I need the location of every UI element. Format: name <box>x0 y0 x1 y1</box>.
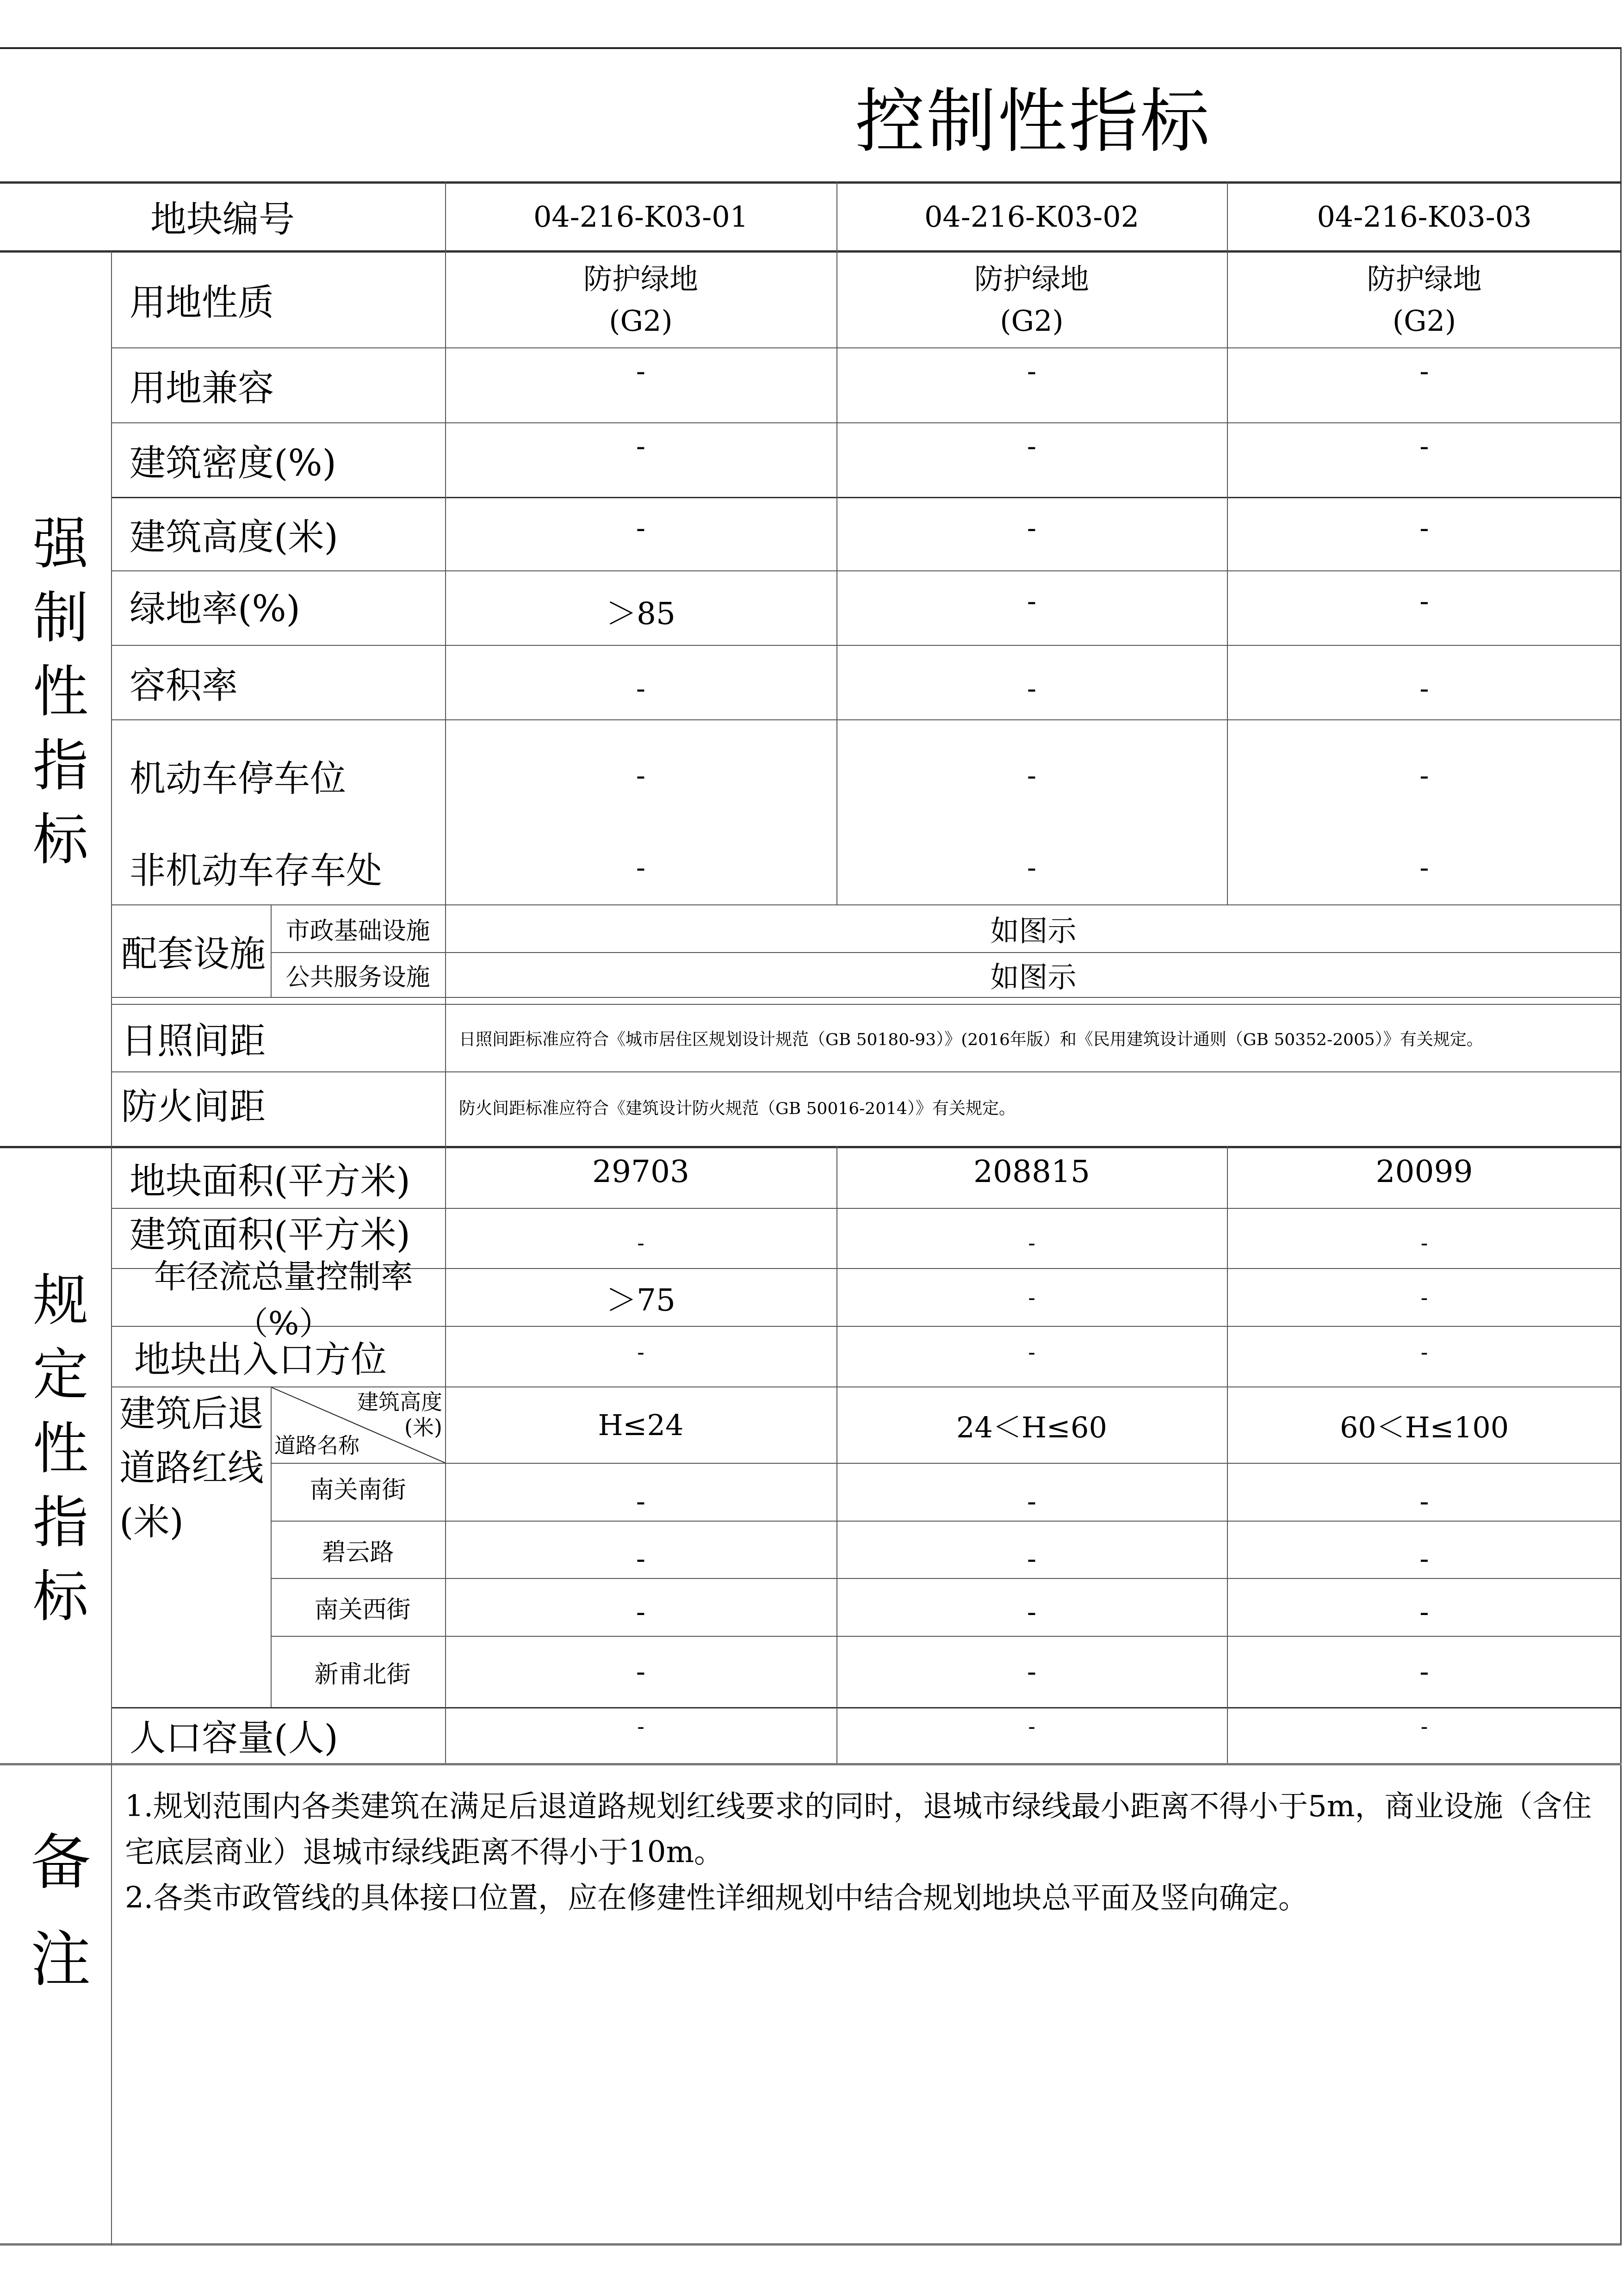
land-use-name: 防护绿地 <box>974 259 1089 300</box>
row-label-building-height: 建筑高度(米) <box>111 498 445 570</box>
building-density-value-3: - <box>1227 423 1622 470</box>
setback-label-line: 道路红线 <box>119 1442 264 1496</box>
land-compat-value-1: - <box>445 348 836 395</box>
land-use-code: (G2) <box>1393 300 1456 342</box>
land-compat-value-2: - <box>836 348 1227 395</box>
access-direction-value-1: - <box>445 1327 836 1378</box>
row-label-land-compat: 用地兼容 <box>111 348 445 422</box>
height-class-2: 24＜H≤60 <box>836 1387 1227 1463</box>
land-use-name: 防护绿地 <box>583 259 698 300</box>
floor-area-value-3: - <box>1227 1209 1622 1268</box>
bicycle-parking-value-2: - <box>836 831 1227 904</box>
height-class-3: 60＜H≤100 <box>1227 1387 1622 1463</box>
setback-value: - <box>836 1579 1227 1636</box>
row-label-fire-spacing: 防火间距 <box>111 1072 445 1142</box>
remark-item: 1.规划范围内各类建筑在满足后退道路规划红线要求的同时，退城市绿线最小距离不得小… <box>125 1784 1605 1875</box>
building-height-value-3: - <box>1227 498 1622 558</box>
land-use-code: (G2) <box>1000 300 1063 342</box>
setback-value: - <box>1227 1637 1622 1707</box>
building-height-value-2: - <box>836 498 1227 558</box>
height-class-1: H≤24 <box>445 1387 836 1463</box>
land-use-value-2: 防护绿地 (G2) <box>836 252 1227 347</box>
plot-id-1: 04-216-K03-01 <box>445 183 836 250</box>
diag-header-unit-label: (米) <box>404 1415 442 1440</box>
row-label-building-density: 建筑密度(%) <box>111 423 445 497</box>
road-name: 南关西街 <box>271 1579 445 1636</box>
setback-value: - <box>445 1637 836 1707</box>
building-density-value-1: - <box>445 423 836 470</box>
far-value-1: - <box>445 646 836 731</box>
vehicle-parking-value-2: - <box>836 720 1227 831</box>
population-value-3: - <box>1227 1708 1622 1745</box>
vehicle-parking-value-3: - <box>1227 720 1622 831</box>
sunlight-spacing-text: 日照间距标准应符合《城市居住区规划设计规范（GB 50180-93）》(2016… <box>445 1005 1622 1071</box>
population-value-1: - <box>445 1708 836 1745</box>
runoff-control-value-3: - <box>1227 1269 1622 1326</box>
bicycle-parking-value-1: - <box>445 831 836 904</box>
plot-id-3: 04-216-K03-03 <box>1227 183 1622 250</box>
road-name: 南关南街 <box>271 1464 445 1521</box>
diag-header-road-label: 道路名称 <box>274 1429 359 1459</box>
remark-item: 2.各类市政管线的具体接口位置，应在修建性详细规划中结合规划地块总平面及竖向确定… <box>125 1875 1605 1921</box>
remarks-group-label-text: 备注 <box>9 1830 102 2024</box>
setback-value: - <box>445 1464 836 1521</box>
diag-header-top: 建筑高度 (米) <box>357 1389 442 1440</box>
green-ratio-value-1: ＞85 <box>445 571 836 650</box>
setback-value: - <box>1227 1522 1622 1578</box>
setback-value: - <box>836 1464 1227 1521</box>
plot-area-value-3: 20099 <box>1227 1148 1622 1194</box>
floor-area-value-1: - <box>445 1209 836 1268</box>
row-label-access-direction: 地块出入口方位 <box>111 1327 445 1386</box>
runoff-control-value-1: ＞75 <box>445 1269 836 1326</box>
setback-value: - <box>1227 1579 1622 1636</box>
building-density-value-2: - <box>836 423 1227 470</box>
far-value-2: - <box>836 646 1227 731</box>
plot-area-value-1: 29703 <box>445 1148 836 1194</box>
road-name: 碧云路 <box>271 1522 445 1578</box>
setback-value: - <box>1227 1464 1622 1521</box>
building-height-value-1: - <box>445 498 836 558</box>
land-use-code: (G2) <box>609 300 672 342</box>
row-label-green-ratio: 绿地率(%) <box>111 571 445 641</box>
access-direction-value-2: - <box>836 1327 1227 1378</box>
row-label-land-use: 用地性质 <box>111 252 445 347</box>
land-use-value-3: 防护绿地 (G2) <box>1227 252 1622 347</box>
population-value-2: - <box>836 1708 1227 1745</box>
row-label-runoff-control: 年径流总量控制率（%） <box>111 1269 445 1326</box>
row-label-plot-area: 地块面积(平方米) <box>111 1148 445 1208</box>
facility-municipal-value: 如图示 <box>445 905 1622 952</box>
page-title: 控制性指标 <box>445 49 1622 181</box>
bicycle-parking-value-3: - <box>1227 831 1622 904</box>
row-label-setback: 建筑后退 道路红线 (米) <box>111 1387 271 1707</box>
regulatory-group-label: 规定性指标 <box>0 1148 111 1763</box>
facility-municipal-label: 市政基础设施 <box>271 905 445 952</box>
row-label-sunlight-spacing: 日照间距 <box>111 1005 445 1071</box>
setback-value: - <box>836 1522 1227 1578</box>
vehicle-parking-value-1: - <box>445 720 836 831</box>
remarks-content: 1.规划范围内各类建筑在满足后退道路规划红线要求的同时，退城市绿线最小距离不得小… <box>111 1765 1622 2245</box>
setback-label-line: (米) <box>119 1496 184 1550</box>
setback-diagonal-header: 建筑高度 (米) 道路名称 <box>272 1387 445 1463</box>
row-label-far: 容积率 <box>111 646 445 719</box>
setback-value: - <box>836 1637 1227 1707</box>
plot-area-value-2: 208815 <box>836 1148 1227 1194</box>
facility-public-value: 如图示 <box>445 953 1622 997</box>
green-ratio-value-3: - <box>1227 571 1622 631</box>
land-use-value-1: 防护绿地 (G2) <box>445 252 836 347</box>
floor-area-value-2: - <box>836 1209 1227 1268</box>
fire-spacing-text: 防火间距标准应符合《建筑设计防火规范（GB 50016-2014）》有关规定。 <box>445 1072 1622 1142</box>
mandatory-group-label-text: 强制性指标 <box>12 514 99 884</box>
remarks-group-label: 备注 <box>0 1765 111 2089</box>
regulatory-group-label-text: 规定性指标 <box>12 1271 99 1641</box>
row-label-population: 人口容量(人) <box>111 1708 445 1763</box>
plot-id-label: 地块编号 <box>0 183 445 250</box>
access-direction-value-3: - <box>1227 1327 1622 1378</box>
setback-value: - <box>445 1579 836 1636</box>
road-name: 新甫北街 <box>271 1637 445 1707</box>
row-label-bicycle-parking: 非机动车存车处 <box>111 831 445 904</box>
setback-value: - <box>445 1522 836 1578</box>
runoff-control-value-2: - <box>836 1269 1227 1326</box>
land-use-name: 防护绿地 <box>1367 259 1481 300</box>
setback-label-line: 建筑后退 <box>119 1387 264 1442</box>
mandatory-group-label: 强制性指标 <box>0 252 111 1146</box>
diag-header-height-label: 建筑高度 <box>357 1389 442 1415</box>
row-label-vehicle-parking: 机动车停车位 <box>111 720 445 831</box>
row-label-facilities: 配套设施 <box>111 905 271 997</box>
plot-id-2: 04-216-K03-02 <box>836 183 1227 250</box>
facility-public-label: 公共服务设施 <box>271 953 445 997</box>
green-ratio-value-2: - <box>836 571 1227 631</box>
row-label-floor-area: 建筑面积(平方米) <box>111 1209 445 1255</box>
far-value-3: - <box>1227 646 1622 731</box>
divider <box>111 997 1622 998</box>
land-compat-value-3: - <box>1227 348 1622 395</box>
